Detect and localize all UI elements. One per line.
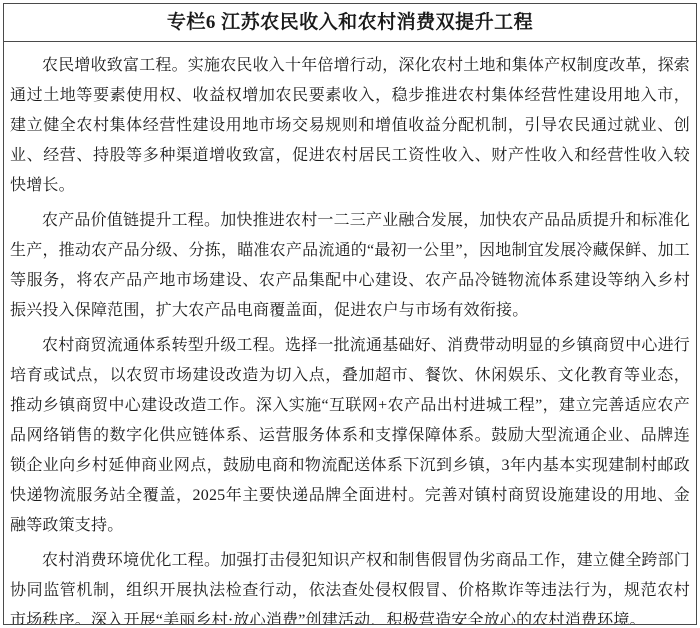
column-body: 农民增收致富工程。实施农民收入十年倍增行动，深化农村土地和集体产权制度改革，探索…: [4, 42, 696, 624]
column-title: 专栏6 江苏农民收入和农村消费双提升工程: [4, 4, 696, 42]
paragraph-rural-commerce-circulation-project: 农村商贸流通体系转型升级工程。选择一批流通基础好、消费带动明显的乡镇商贸中心进行…: [10, 331, 690, 541]
paragraph-rural-consumption-environment-project: 农村消费环境优化工程。加强打击侵犯知识产权和制售假冒伪劣商品工作，建立健全跨部门…: [10, 546, 690, 624]
paragraph-farmer-income-project: 农民增收致富工程。实施农民收入十年倍增行动，深化农村土地和集体产权制度改革，探索…: [10, 51, 690, 201]
paragraph-agri-product-value-chain-project: 农产品价值链提升工程。加快推进农村一二三产业融合发展，加快农产品品质提升和标准化…: [10, 206, 690, 326]
document-page: 专栏6 江苏农民收入和农村消费双提升工程 农民增收致富工程。实施农民收入十年倍增…: [0, 0, 700, 628]
column-box: 专栏6 江苏农民收入和农村消费双提升工程 农民增收致富工程。实施农民收入十年倍增…: [3, 3, 697, 625]
